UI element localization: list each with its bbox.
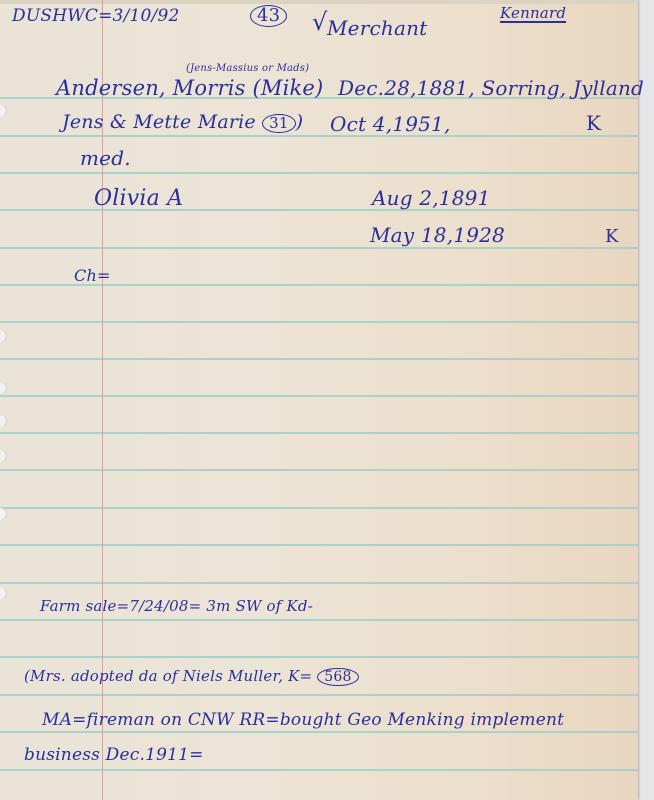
binder-hole <box>0 330 7 342</box>
children-label: Ch= <box>74 268 111 284</box>
ruled-line <box>0 172 638 174</box>
marriage-label: med. <box>80 148 131 168</box>
binder-hole <box>0 450 7 462</box>
ruled-line <box>0 544 638 546</box>
ruled-line <box>0 582 638 584</box>
parents-names: Jens & Mette Marie <box>62 111 256 133</box>
note-adoption-text: (Mrs. adopted da of Niels Muller, K= <box>24 667 312 685</box>
occupation: Merchant <box>327 18 427 38</box>
binder-hole <box>0 508 7 520</box>
person-death: Oct 4,1951, <box>330 114 451 134</box>
name-alt-note: (Jens-Massius or Mads) <box>186 64 309 74</box>
ruled-line <box>0 395 638 397</box>
ruled-line <box>0 321 638 323</box>
record-number: 43 <box>250 5 287 27</box>
ruled-line <box>0 619 638 621</box>
binder-hole <box>0 415 7 427</box>
ruled-line <box>0 469 638 471</box>
note-occupation: MA=fireman on CNW RR=bought Geo Menking … <box>42 712 564 729</box>
ruled-line <box>0 694 638 696</box>
burial-mark: K <box>586 113 601 133</box>
ruled-line <box>0 769 638 771</box>
parents: Jens & Mette Marie 31) <box>62 113 303 133</box>
ruled-line <box>0 507 638 509</box>
town: Kennard <box>500 6 566 23</box>
source-note: DUSHWC=3/10/92 <box>12 8 180 25</box>
note-business: business Dec.1911= <box>24 747 204 764</box>
ruled-line <box>0 656 638 658</box>
person-name: Andersen, Morris (Mike) <box>56 78 323 99</box>
binder-hole <box>0 105 7 117</box>
note-adoption: (Mrs. adopted da of Niels Muller, K= 568 <box>24 668 359 686</box>
notebook-page: DUSHWC=3/10/92 43 √ Merchant Kennard (Je… <box>0 0 638 800</box>
checkmark-icon: √ <box>312 10 328 34</box>
ruled-line <box>0 135 638 137</box>
ruled-line <box>0 432 638 434</box>
parents-ref-circle: 31 <box>262 114 296 133</box>
record-number-circle: 43 <box>250 5 287 27</box>
spouse-death: May 18,1928 <box>370 225 505 245</box>
ruled-line <box>0 731 638 733</box>
spouse-name: Olivia A <box>94 188 183 210</box>
note-farm-sale: Farm sale=7/24/08= 3m SW of Kd- <box>40 599 313 614</box>
spouse-birth: Aug 2,1891 <box>372 188 490 208</box>
person-birth: Dec.28,1881, Sorring, Jylland <box>338 78 644 98</box>
binder-hole <box>0 587 7 599</box>
ruled-line <box>0 247 638 249</box>
ruled-line <box>0 358 638 360</box>
spouse-burial-mark: K <box>605 228 619 246</box>
note-adoption-ref-circle: 568 <box>317 668 358 686</box>
binder-hole <box>0 382 7 394</box>
